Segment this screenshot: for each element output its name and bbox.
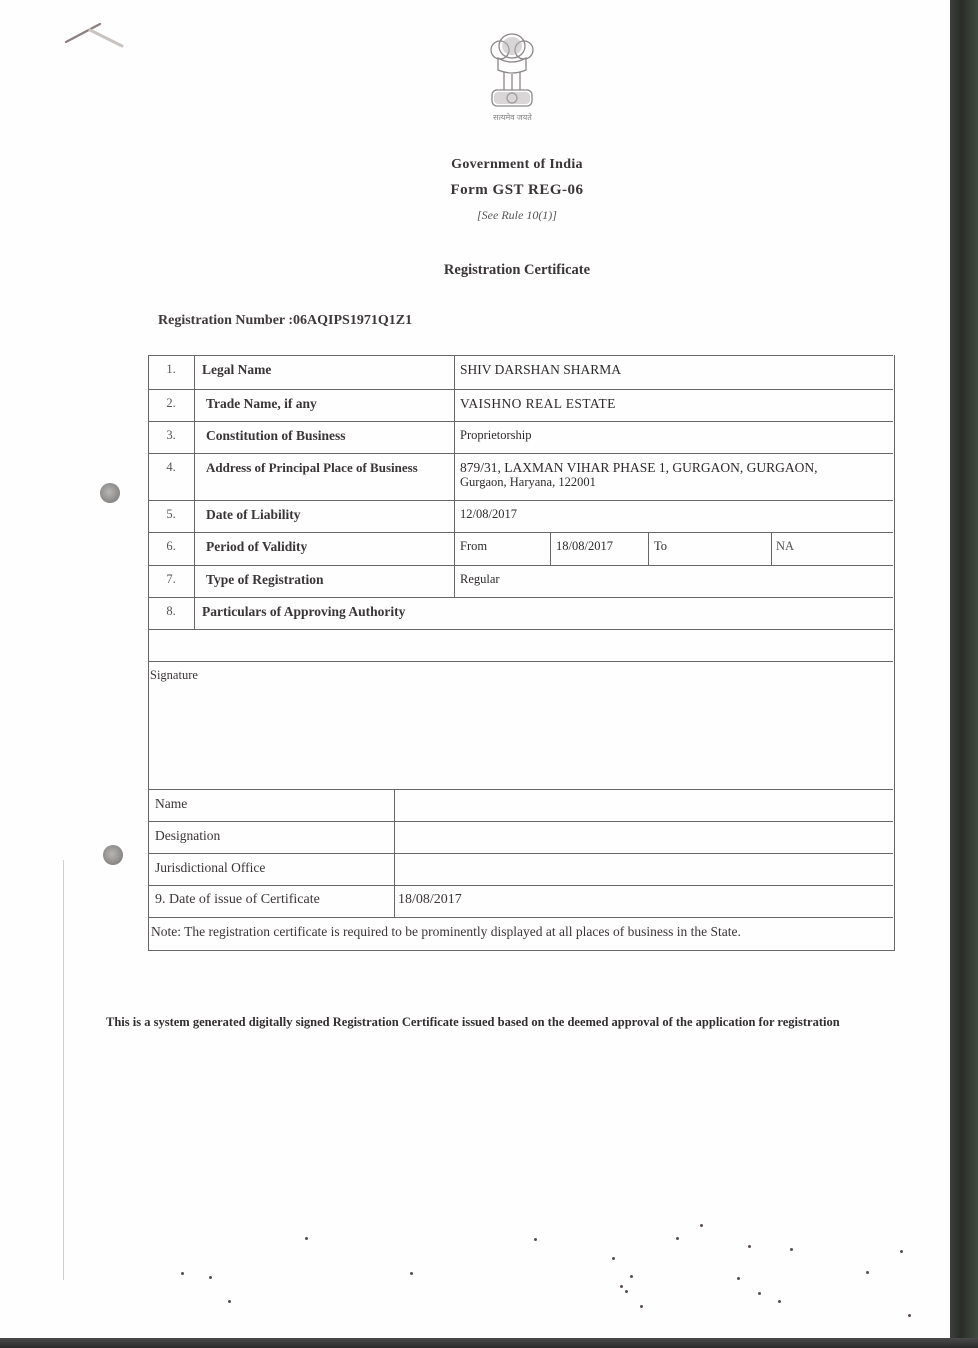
scan-speck (908, 1314, 911, 1317)
row-number: 3. (148, 422, 194, 454)
scan-speck (612, 1257, 615, 1260)
legal-name-value: SHIV DARSHAN SHARMA (458, 356, 893, 390)
office-label: Jurisdictional Office (155, 854, 265, 886)
scan-speck (228, 1300, 231, 1303)
rule-reference: [See Rule 10(1)] (0, 208, 978, 223)
scan-speck (620, 1285, 623, 1288)
field-label: Address of Principal Place of Business (198, 454, 418, 501)
field-label: Type of Registration (198, 566, 453, 598)
scan-speck (181, 1272, 184, 1275)
designation-label: Designation (155, 822, 220, 854)
scan-speck (630, 1275, 633, 1278)
scan-edge-right (950, 0, 978, 1348)
scan-speck (737, 1277, 740, 1280)
punch-hole-icon (100, 483, 120, 503)
table-row: 2. Trade Name, if any VAISHNO REAL ESTAT… (148, 389, 893, 422)
row-number: 5. (148, 501, 194, 533)
table-row: 7. Type of Registration Regular (148, 565, 893, 598)
signature-row: Signature (148, 661, 893, 790)
scan-speck (758, 1292, 761, 1295)
liability-date-value: 12/08/2017 (458, 501, 893, 533)
issue-date-label: 9. Date of issue of Certificate (155, 886, 320, 918)
row-number: 2. (148, 390, 194, 422)
scan-speck (676, 1237, 679, 1240)
scan-speck (748, 1245, 751, 1248)
row-number: 8. (148, 598, 194, 630)
issue-date-value: 18/08/2017 (398, 886, 462, 918)
scan-speck (700, 1224, 703, 1227)
registration-number: Registration Number :06AQIPS1971Q1Z1 (158, 313, 412, 329)
validity-from-value: 18/08/2017 (554, 533, 646, 566)
address-line-1: 879/31, LAXMAN VIHAR PHASE 1, GURGAON, G… (460, 460, 893, 475)
registration-type-value: Regular (458, 566, 893, 598)
table-row: 1. Legal Name SHIV DARSHAN SHARMA (148, 355, 893, 390)
table-note-row: Note: The registration certificate is re… (148, 917, 893, 951)
scan-speck (866, 1271, 869, 1274)
scan-speck (778, 1300, 781, 1303)
table-row: 8. Particulars of Approving Authority (148, 597, 893, 630)
table-row: Jurisdictional Office (148, 853, 893, 886)
scan-speck (790, 1248, 793, 1251)
validity-from-label: From (458, 533, 548, 566)
pen-mark-icon (60, 18, 130, 58)
table-row: 6. Period of Validity From 18/08/2017 To… (148, 532, 893, 566)
scan-speck (640, 1305, 643, 1308)
scan-speck (305, 1237, 308, 1240)
government-heading: Government of India (0, 157, 978, 173)
address-line-2: Gurgaon, Haryana, 122001 (460, 475, 893, 490)
row-number: 4. (148, 454, 194, 501)
address-value: 879/31, LAXMAN VIHAR PHASE 1, GURGAON, G… (458, 454, 893, 501)
field-label: Legal Name (198, 356, 453, 390)
validity-to-value: NA (774, 533, 884, 566)
field-label: Particulars of Approving Authority (198, 598, 598, 630)
validity-to-label: To (652, 533, 770, 566)
row-number: 1. (148, 356, 194, 390)
punch-hole-icon (103, 845, 123, 865)
table-row: 5. Date of Liability 12/08/2017 (148, 500, 893, 533)
name-label: Name (155, 790, 187, 822)
signature-label: Signature (150, 662, 198, 790)
scan-speck (900, 1250, 903, 1253)
row-number: 7. (148, 566, 194, 598)
trade-name-value: VAISHNO REAL ESTATE (458, 390, 893, 422)
table-row: Name (148, 789, 893, 822)
system-generated-note: This is a system generated digitally sig… (106, 1012, 886, 1032)
table-row: Designation (148, 821, 893, 854)
field-label: Date of Liability (198, 501, 453, 533)
scan-speck (410, 1272, 413, 1275)
emblem-motto: सत्यमेव जयते (470, 112, 555, 123)
field-label: Trade Name, if any (198, 390, 453, 422)
document-title: Registration Certificate (0, 262, 978, 279)
form-heading: Form GST REG-06 (0, 182, 978, 199)
national-emblem-icon (482, 30, 542, 112)
scan-speck (534, 1238, 537, 1241)
field-label: Constitution of Business (198, 422, 453, 454)
table-row: 9. Date of issue of Certificate 18/08/20… (148, 885, 893, 918)
scan-speck (209, 1276, 212, 1279)
field-label: Period of Validity (198, 533, 453, 566)
table-note: Note: The registration certificate is re… (151, 918, 891, 951)
constitution-value: Proprietorship (458, 422, 893, 454)
row-number: 6. (148, 533, 194, 566)
scan-speck (625, 1290, 628, 1293)
scan-margin-line (63, 860, 64, 1280)
scan-edge-bottom (0, 1338, 978, 1348)
table-row: 3. Constitution of Business Proprietorsh… (148, 421, 893, 454)
table-row: 4. Address of Principal Place of Busines… (148, 453, 893, 501)
table-row-blank (148, 629, 893, 662)
